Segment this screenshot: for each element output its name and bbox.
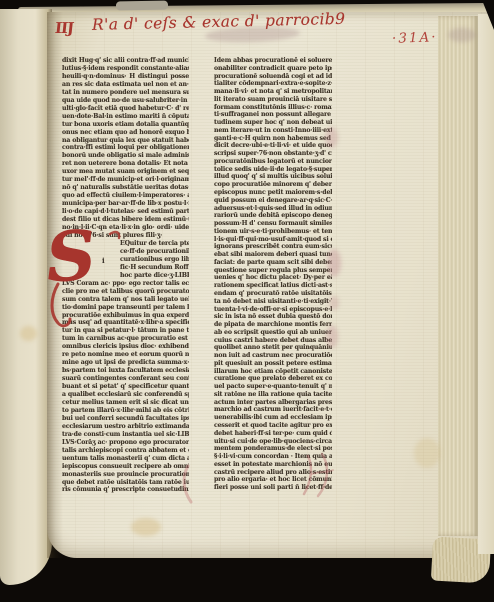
right-column-line: pit quesiuit an possit petere estimation… (214, 360, 332, 368)
right-column-line: actum inter partes albergarias prestari … (214, 399, 332, 407)
outer-page-edge (478, 14, 494, 554)
left-column-line: bui uel conferri secundū facultates ipsa… (62, 415, 189, 423)
left-column-line: a qualibet ecclesiarū sic conferendū spe… (62, 391, 189, 399)
right-column-line: ganti·e·c·H quirn non habemus sed hoc (214, 135, 332, 143)
pink-offset-stain (325, 127, 338, 148)
left-column-line: mine ago ut ipsi de predicta summa·x·li (62, 359, 189, 367)
right-column-line: quid possum ei denegare·ar·q·sic·C·d' us… (214, 197, 332, 205)
right-column-line: copo procuratiōe minorem q' deberem a (214, 181, 332, 189)
pale-red-margin-mark (300, 450, 340, 500)
right-column-line: cesserit et quod tacite agitur pro expre… (214, 422, 332, 430)
right-column-line: uitu·si cui·de ope·lib·quociens·circa fi… (214, 438, 332, 446)
right-column-line: quolibet anno stetit per quinquānium q' (214, 344, 332, 352)
right-column-line: Idem abbas procurationē ei soluere irrat… (214, 57, 332, 65)
right-column-line: nem iterare·ut in consti·Inno·iiii·extra… (214, 127, 332, 135)
right-column-line: sic in ista nō esset dubia questō domō t… (214, 313, 332, 321)
right-column-line: marchio ad castrum iuerit·facit·e·t·cum (214, 406, 332, 414)
guide-letter: i (102, 256, 105, 265)
left-column-line: lutius·§·idem respondit constante·alias … (62, 65, 189, 73)
right-column-line: ti·suffraganei non possunt allegare cons… (214, 111, 332, 119)
right-column-line: lit iterato suam prouinciā uisitare secu… (214, 96, 332, 104)
left-column-line: uentum talis monasterii q' cum dicta arc… (62, 455, 189, 463)
book-photo: IIJ R'a d' ceſs & exac d' parrocib9 ·31A… (0, 0, 494, 602)
right-column-line: ebat sibi maiorem deberi quasi tunc grat… (214, 251, 332, 259)
left-column-line: que debet ratōe uisitatōis tam ratōe iu (62, 479, 189, 487)
left-column-line: to partem illarū·x·libr·mihi ab eis cōtr… (62, 407, 189, 415)
right-column-line: dicit decre·ubi·e·ti·li·vi· et uide quod… (214, 142, 332, 150)
right-column-line: debet haberi·ff·si ter·pe· cum quid de s… (214, 430, 332, 438)
folio-number: ·31A· (392, 29, 438, 47)
right-column-line: curatione que prelato deberet ex constōe (214, 375, 332, 383)
right-column-line: tionem uir·s·e·ti·prohibemus· et tenet p (214, 228, 332, 236)
left-column-line: dixit Hug·q' sic alii contra·ff·ad munic… (62, 57, 189, 65)
right-column-line: uenerabilis·ibi cum ad ecclesiam ipsam a… (214, 414, 332, 422)
left-column-line: ris cōmunia q' prescripte consuetudinis· (62, 486, 189, 494)
left-column-line: iepiscopus consueuit recipere ab omnibus (62, 463, 189, 471)
right-column-line: uel pacto super·e·quanto·tenuit q' nō po… (214, 383, 332, 391)
left-column-line: uxor mea mutat suam originem et sequi (62, 168, 189, 176)
left-column-line: tur bona uxoris etiam dotalia quantūq' a… (62, 121, 189, 129)
left-column-line: ecclesiarum uestro arbitrio extimanda ex (62, 423, 189, 431)
left-column-line: bonorū unde obligatio si male administra (62, 152, 189, 160)
right-column-line: rariorū unde debitā episcopo denegare nō (214, 212, 332, 220)
left-column-line: buant et si petat' q' specificetur quant… (62, 383, 189, 391)
pink-offset-stain (327, 249, 341, 277)
right-column-line: sit ratōne ne illa ratione quia tacite u… (214, 391, 332, 399)
left-column-line: re peto nomine meo et eorum quorū no (62, 351, 189, 359)
left-column-line: contra·ffi estimi loquī per obligationem (62, 144, 189, 152)
quire-mark: IIJ (54, 19, 74, 37)
left-column-line: qua uide quod no·de usu·salubriter·in fi… (62, 97, 189, 105)
yellow-stain (414, 438, 440, 468)
pale-red-gutter-mark (176, 462, 198, 506)
left-column-line: uen·dote·Bal·in estimo mariti ñ cōputan (62, 113, 189, 121)
yellow-stain (131, 518, 161, 536)
left-column-line: quo ad effectū ciuilem·l·imperatores· ad (62, 192, 189, 200)
left-column-line: cetur melius tamen erit si sic dicat und… (62, 399, 189, 407)
right-column-line: tudinem super hoc q' non debeat uisitatō (214, 119, 332, 127)
left-column-line: LVS·Corāʒ ac· propono ego procurator (62, 439, 189, 447)
right-column-line: formam constitutōnis illius·c· romana·e (214, 104, 332, 112)
right-column-line: rationem specificat latius dicti·ast·si … (214, 282, 332, 290)
right-column-line: episcopus nunc petit maiorem·s·debitā nū (214, 189, 332, 197)
right-column-line: endam q' procuratō ratōe uisitatōis debi (214, 290, 332, 298)
left-column-line: omnibus clericis ipsius dioc· exhibenda·… (62, 343, 189, 351)
left-column-line: nō q' naturalis substātie ueritas dotas·… (62, 184, 189, 192)
book-headband (116, 1, 168, 11)
right-column-line: ignorans prescribēt contra eum·sicut si … (214, 243, 332, 251)
fore-edge-leaves (438, 16, 478, 536)
right-column-line: l·is·qui·ff·qui·mo·usuf·amit·quod si ene (214, 236, 332, 244)
right-column-line: non iuit ad castrum nec procuratiōes rec… (214, 352, 332, 360)
right-column-line: illarum hoc etiam cōpetit canoniste in p… (214, 368, 332, 376)
left-column-line: ret non ueterere bona dotalis· Et nota q… (62, 160, 189, 168)
left-column-line: tum in carnibus ac·que procuratio est ab (62, 335, 189, 343)
right-column-line: mana·li·vi· et nota q' si metropolitan9 … (214, 88, 332, 96)
right-column-line: tialiter cōdempnari·extra·e·sopite·z·e· … (214, 80, 332, 88)
initial-flourish (44, 226, 124, 336)
left-column-line: talis archiepiscopi contra abbatem et co… (62, 447, 189, 455)
right-column-line: procurationē soluendā cogi et ad id sent… (214, 73, 332, 81)
right-column-line: de pipata de marchione montis ferrati· e… (214, 321, 332, 329)
pink-offset-stain (326, 325, 338, 348)
right-column-line: possum·H d' censu formauit similes ques (214, 220, 332, 228)
right-column-line: scripsi super·76·non obstante·ʒ·d' cmili… (214, 150, 332, 158)
left-column-line: onus nec etiam quo ad honorē exquo bo (62, 129, 189, 137)
right-column-line: questione super regula plus semper ubi i… (214, 267, 332, 275)
right-column-line: procuratōnibus legatorū et nunciorū apos (214, 158, 332, 166)
right-column-line: ab eo scripsit questio qui ab uniuersita… (214, 329, 332, 337)
left-column-line: heuili·q·n·dominus· H distingui posse (62, 73, 189, 81)
left-column-line: li·o·de capi·d·l·tutelas· sed estimū par… (62, 208, 189, 216)
illuminated-initial-s: S i (44, 226, 124, 336)
right-column-line: uenies q' hoc dictu placet· Dy·per eādem (214, 274, 332, 282)
left-column-line: an res sic data estimata uel non et an·c… (62, 81, 189, 89)
yellow-stain (20, 326, 37, 341)
right-column-line: ta nō debet nisi uisitanti·e·ti·exigit·7… (214, 298, 332, 306)
left-column-line: bs·partem toi iuxta facultatem ecclesiar (62, 367, 189, 375)
left-column-line: tur mel'·ff·de municip·et ori·l·originam… (62, 176, 189, 184)
right-column-line: illud quoq' q' si multis uicibus solui e… (214, 173, 332, 181)
left-column-line: municipa·per bar·ar·ff·de lib·x postu·l·… (62, 200, 189, 208)
left-column-line: monasteriis sue prouincie procurationem (62, 471, 189, 479)
left-column-line: na obligantur quia lex que statuit haber… (62, 137, 189, 145)
right-column-line: onabiliter contradicit quare peto ipsius… (214, 65, 332, 73)
left-column-line: suarū contingentes conferant seu contri (62, 375, 189, 383)
right-column-line: tolice sedis uide·ii·de legato·§·superes… (214, 166, 332, 174)
right-column-line: tuenta·l·vi·de·offi·or·si episcopus·e·li… (214, 306, 332, 314)
ink-show-through (448, 28, 476, 42)
right-column-line: aduersus·et·l·quis·sed illud in odium us… (214, 205, 332, 213)
text-column-right: Idem abbas procurationē ei soluere irrat… (214, 57, 332, 492)
left-column-line: tra·de consti·cum instantia uel sic·LIBE… (62, 431, 189, 439)
right-column-line: faciat: de parte quam scit sibi deberi u… (214, 259, 332, 267)
pink-offset-stain (329, 296, 339, 310)
right-column-line: cuius castri habere debet duas albergari… (214, 337, 332, 345)
left-column-line: ulti·glo·facit etiā quod habetur·C· d' r… (62, 105, 189, 113)
left-column-line: tat in numero pondere uel mensura super (62, 89, 189, 97)
